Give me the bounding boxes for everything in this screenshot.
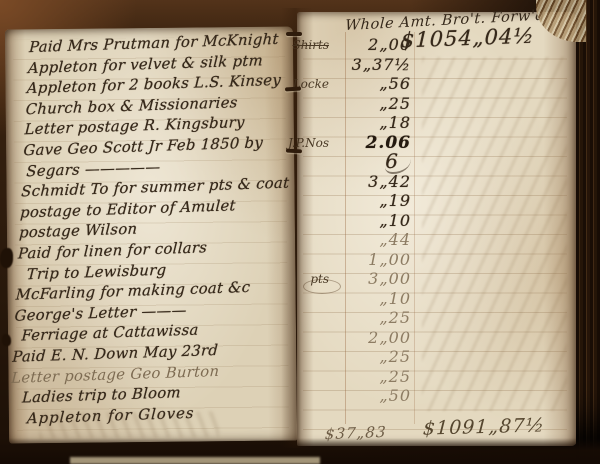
ledger-row: 3„42 [337,172,411,192]
ledger-row: „44 [337,230,411,250]
ledger-row: 2„00 [337,328,411,348]
left-page: Paid Mrs Prutman for McKnight Appleton f… [5,27,297,444]
ledger-row: pts 3„00 [337,269,411,289]
ledger-photo: Paid Mrs Prutman for McKnight Appleton f… [0,0,600,464]
grand-total: $1091„87½ [422,414,545,439]
row-amount: „18 [379,113,411,132]
row-amount: 3„00 [368,269,411,288]
book-gutter-shadow [281,8,313,448]
ledger-row: „25 [337,347,411,367]
row-amount: 3„42 [368,172,411,191]
row-amount: „25 [379,347,411,366]
ink-stain [2,334,11,346]
row-amount: 6 [385,152,411,174]
row-amount: „19 [379,191,411,210]
ledger-row: Shirts 2„00 [337,35,411,55]
row-amount: „25 [379,308,411,327]
ink-bleed-through [422,57,567,411]
row-amount: „10 [379,211,411,230]
row-amount: „56 [379,74,411,93]
ink-stain [0,248,13,268]
ledger-row: „25 [337,94,411,114]
row-amount: 1„00 [368,250,411,269]
ledger-row: 6 [337,152,411,172]
right-page: Whole Amt. Bro't. Forw'd $1054„04½ Shirt… [297,12,577,446]
column-rule [414,32,415,424]
row-amount: 3„37½ [352,55,411,74]
ledger-row: 1„00 [337,250,411,270]
brought-forward-amount: $1054„04½ [401,24,536,53]
row-amount: „44 [379,230,411,249]
ledger-row: 3„37½ [337,55,411,75]
ledger-row: „19 [337,191,411,211]
ink-bleed-through [39,411,219,439]
row-amount: „10 [379,289,411,308]
ledger-row: „50 [337,386,411,406]
row-amount: „25 [379,94,411,113]
ledger-row: „18 [337,113,411,133]
row-amount: 2„00 [368,328,411,347]
amount-column: Shirts 2„00 3„37½ Locke „56 „25 „18 J.P.… [337,35,411,406]
ledger-row: „10 [337,289,411,309]
ledger-row: „10 [337,211,411,231]
ledger-row: „25 [337,367,411,387]
ledger-row: Locke „56 [337,74,411,94]
binding-stitch [286,32,302,36]
left-page-entries: Paid Mrs Prutman for McKnight Appleton f… [8,29,303,430]
page-stack-edge [576,0,600,464]
row-amount: „50 [379,386,411,405]
table-surface [70,457,320,464]
ledger-row: J.P.Nos 2.06 [337,133,411,153]
row-annotation: pts [310,272,329,286]
row-amount: „25 [379,367,411,386]
ledger-row: „25 [337,308,411,328]
row-amount: 2„00 [368,35,411,54]
